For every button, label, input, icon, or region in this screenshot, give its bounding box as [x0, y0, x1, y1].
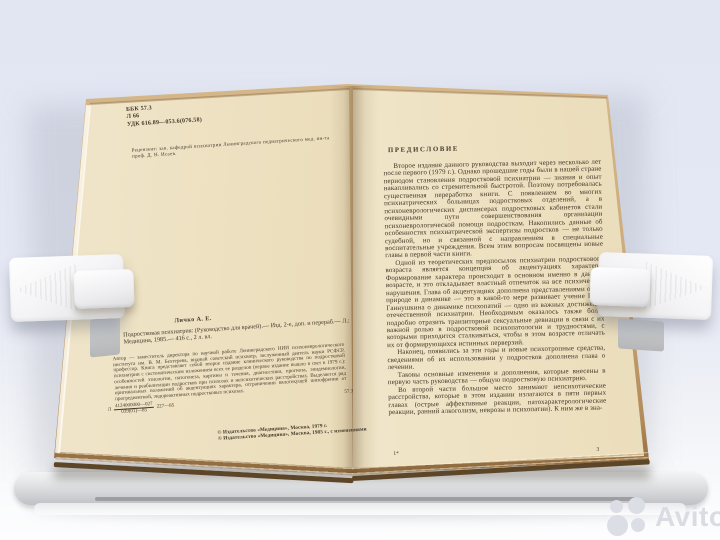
- right-clip-base: [618, 318, 664, 351]
- author-name: Личко А. Е.: [174, 315, 212, 324]
- catalog-entry: Л 66 Подростковая психиатрия: (Руководст…: [123, 317, 351, 345]
- left-clip-base: [90, 316, 120, 357]
- preface-heading: ПРЕДИСЛОВИЕ: [388, 146, 459, 154]
- left-clip-ridge-texture: [14, 262, 78, 316]
- catalog-entry-text: Подростковая психиатрия: (Руководство дл…: [123, 317, 350, 345]
- avito-wordmark: Avito: [655, 501, 720, 533]
- catalog-number-fraction: 4124000000—027 039(01)—85: [114, 402, 154, 415]
- preface-body: Второе издание данного руководства выход…: [383, 159, 606, 417]
- stand-tray-slit: [95, 497, 640, 501]
- bbk-bottom-code: 57.3: [344, 389, 353, 401]
- catalog-codes: ББК 57.3 Л 66 УДК 616.89—053.6(076.58): [126, 102, 202, 129]
- catalog-number-prefix: Л: [108, 407, 112, 412]
- stand-tray-lip: [34, 503, 686, 515]
- preface-paragraph: Одной из теоретических предпосылок психи…: [385, 256, 605, 350]
- catalog-number-denominator: 039(01)—85: [121, 408, 147, 415]
- footnote-mark: 1*: [393, 451, 399, 457]
- avito-logo-icon: [607, 497, 651, 537]
- copyright-block: © Издательство «Медицина», Москва, 1979 …: [217, 420, 377, 443]
- preface-paragraph: Во второй части большое место занимают н…: [388, 382, 607, 416]
- right-clip-arm: [589, 267, 650, 307]
- right-page-content: ПРЕДИСЛОВИЕ Второе издание данного руков…: [383, 136, 613, 471]
- left-clip-arm: [73, 269, 134, 309]
- right-clip-ridge-texture: [644, 260, 708, 314]
- catalog-number-suffix: 227—85: [157, 404, 175, 410]
- page-footer: 1* 3: [393, 447, 599, 457]
- page-number: 3: [596, 447, 599, 453]
- reviewer-note: Рецензент: зав. кафедрой психиатрии Лени…: [132, 136, 332, 161]
- preface-paragraph: Второе издание данного руководства выход…: [383, 159, 603, 260]
- avito-watermark: Avito: [607, 497, 720, 537]
- catalog-number: Л 4124000000—027 039(01)—85 227—85: [108, 401, 175, 416]
